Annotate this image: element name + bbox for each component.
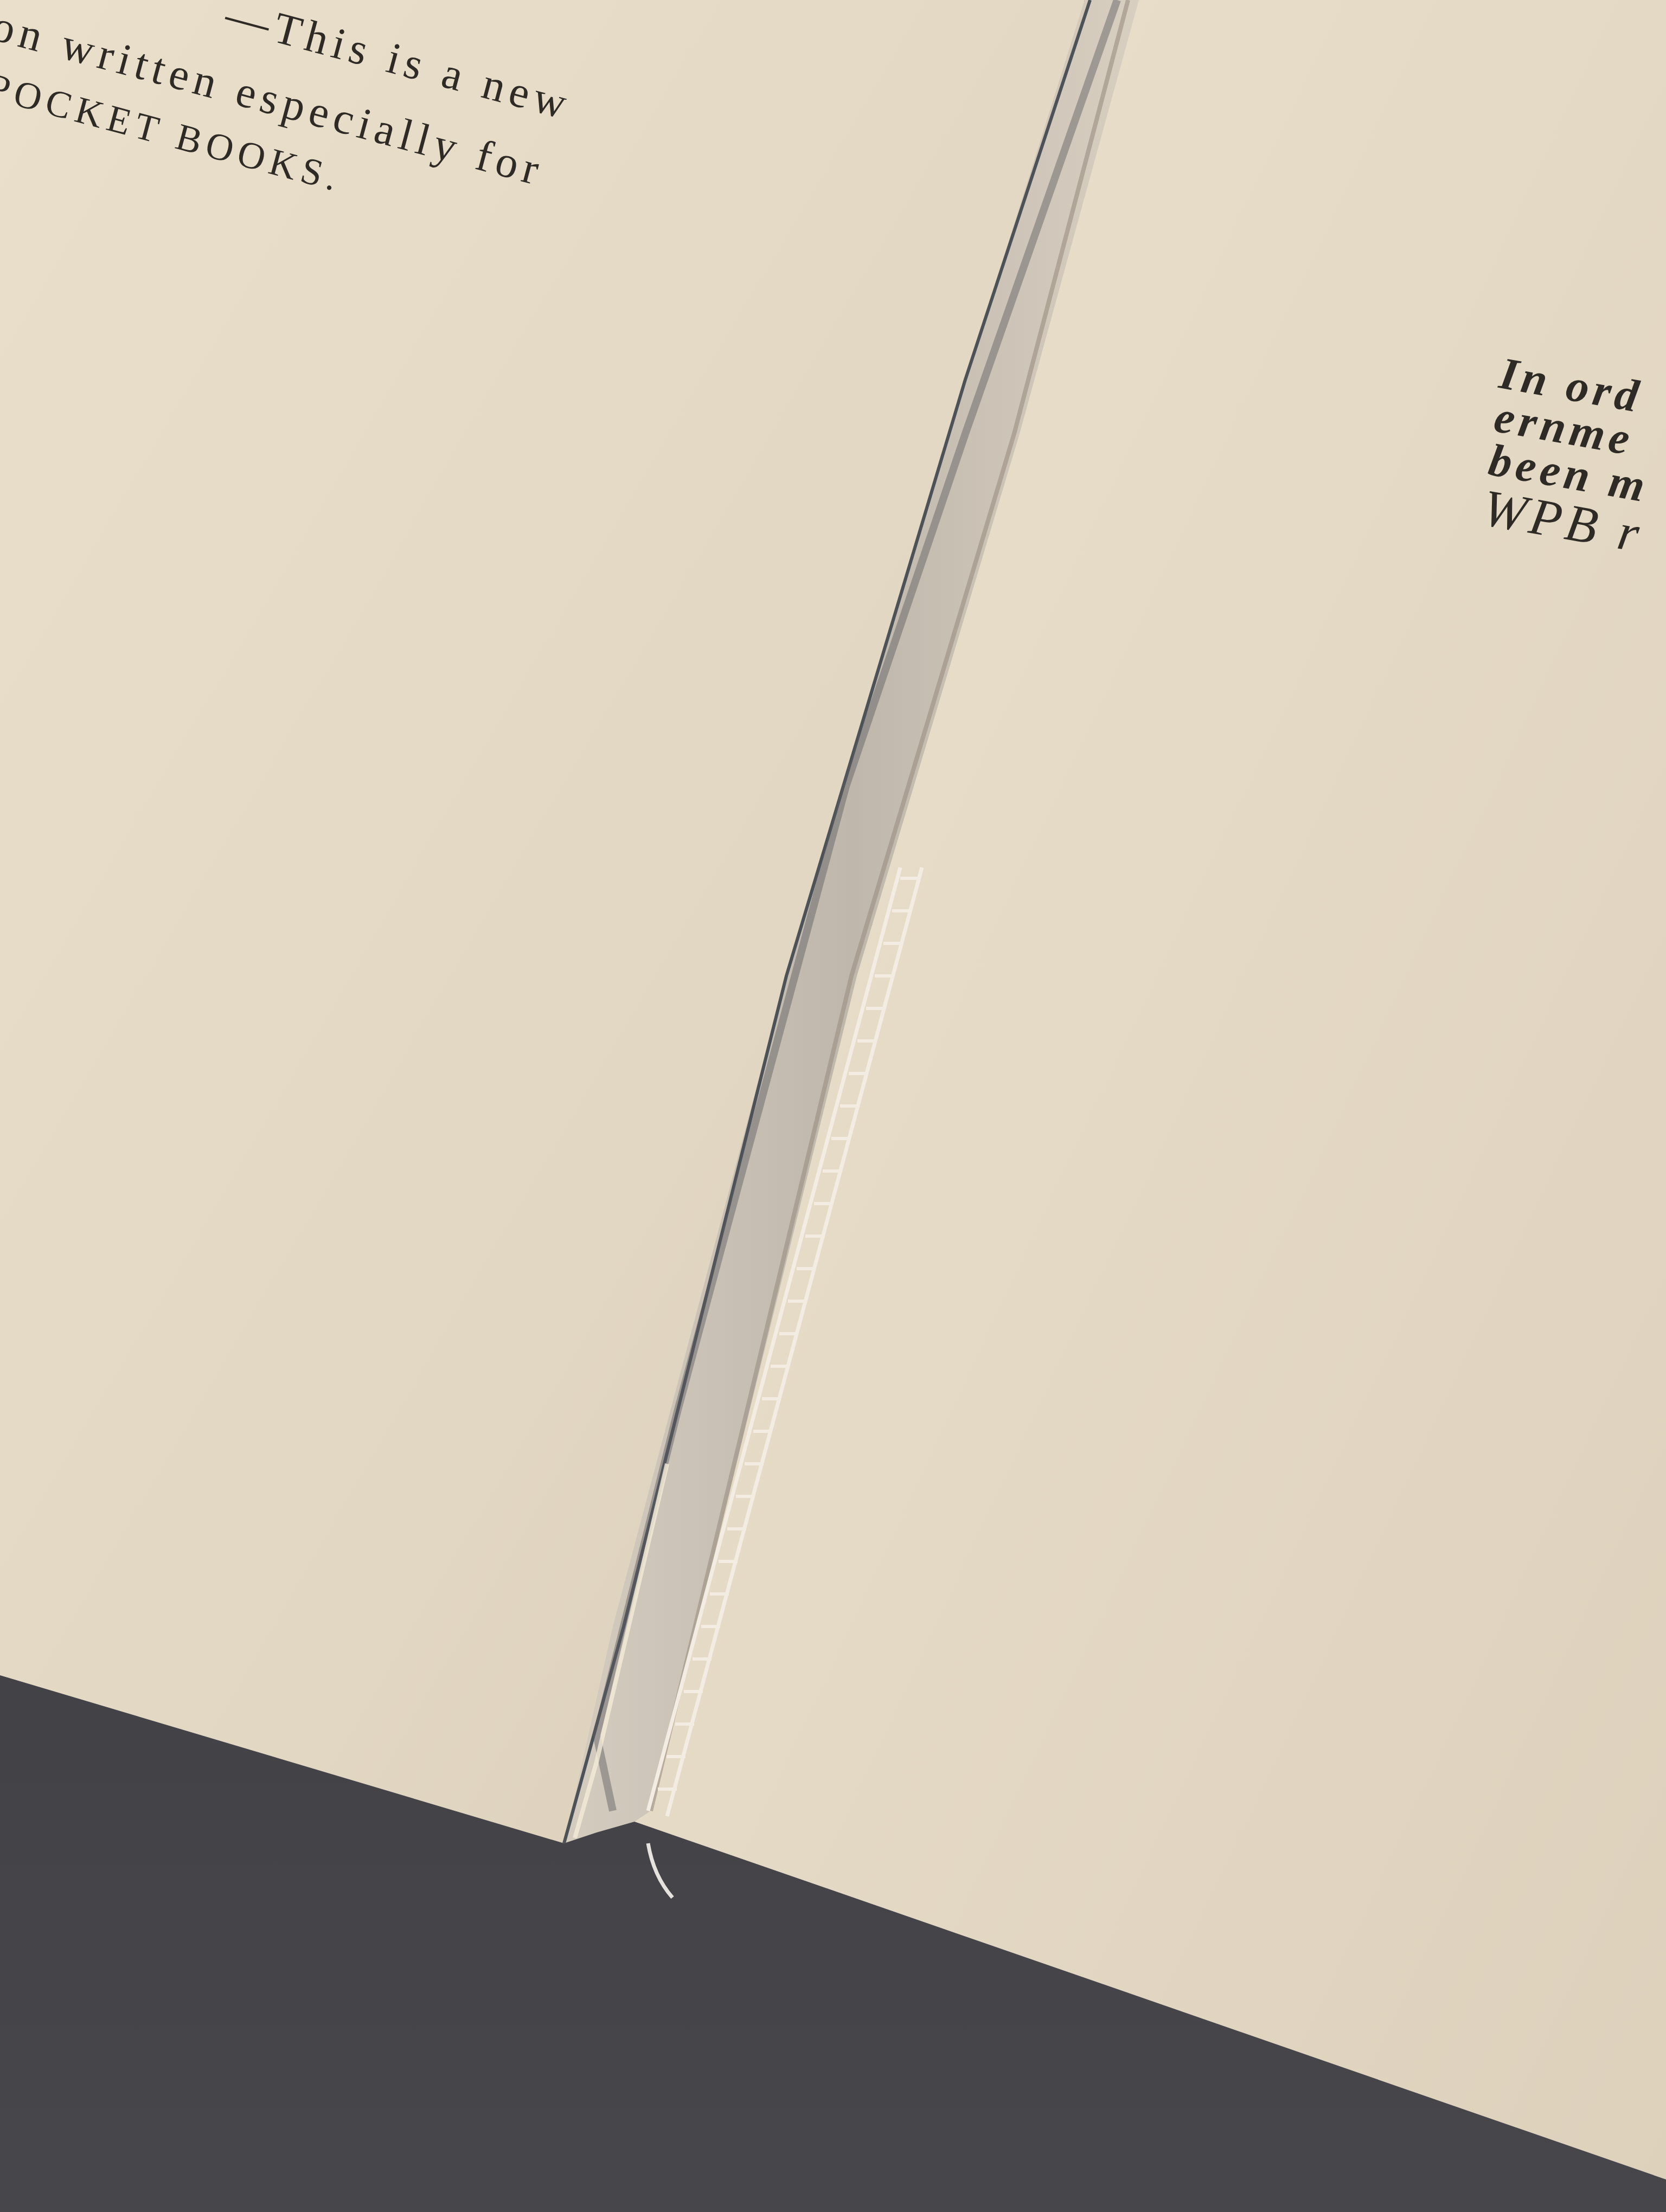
book-illustration: [0, 0, 1666, 2212]
book-photo: —This is a new on written especially for…: [0, 0, 1666, 2212]
